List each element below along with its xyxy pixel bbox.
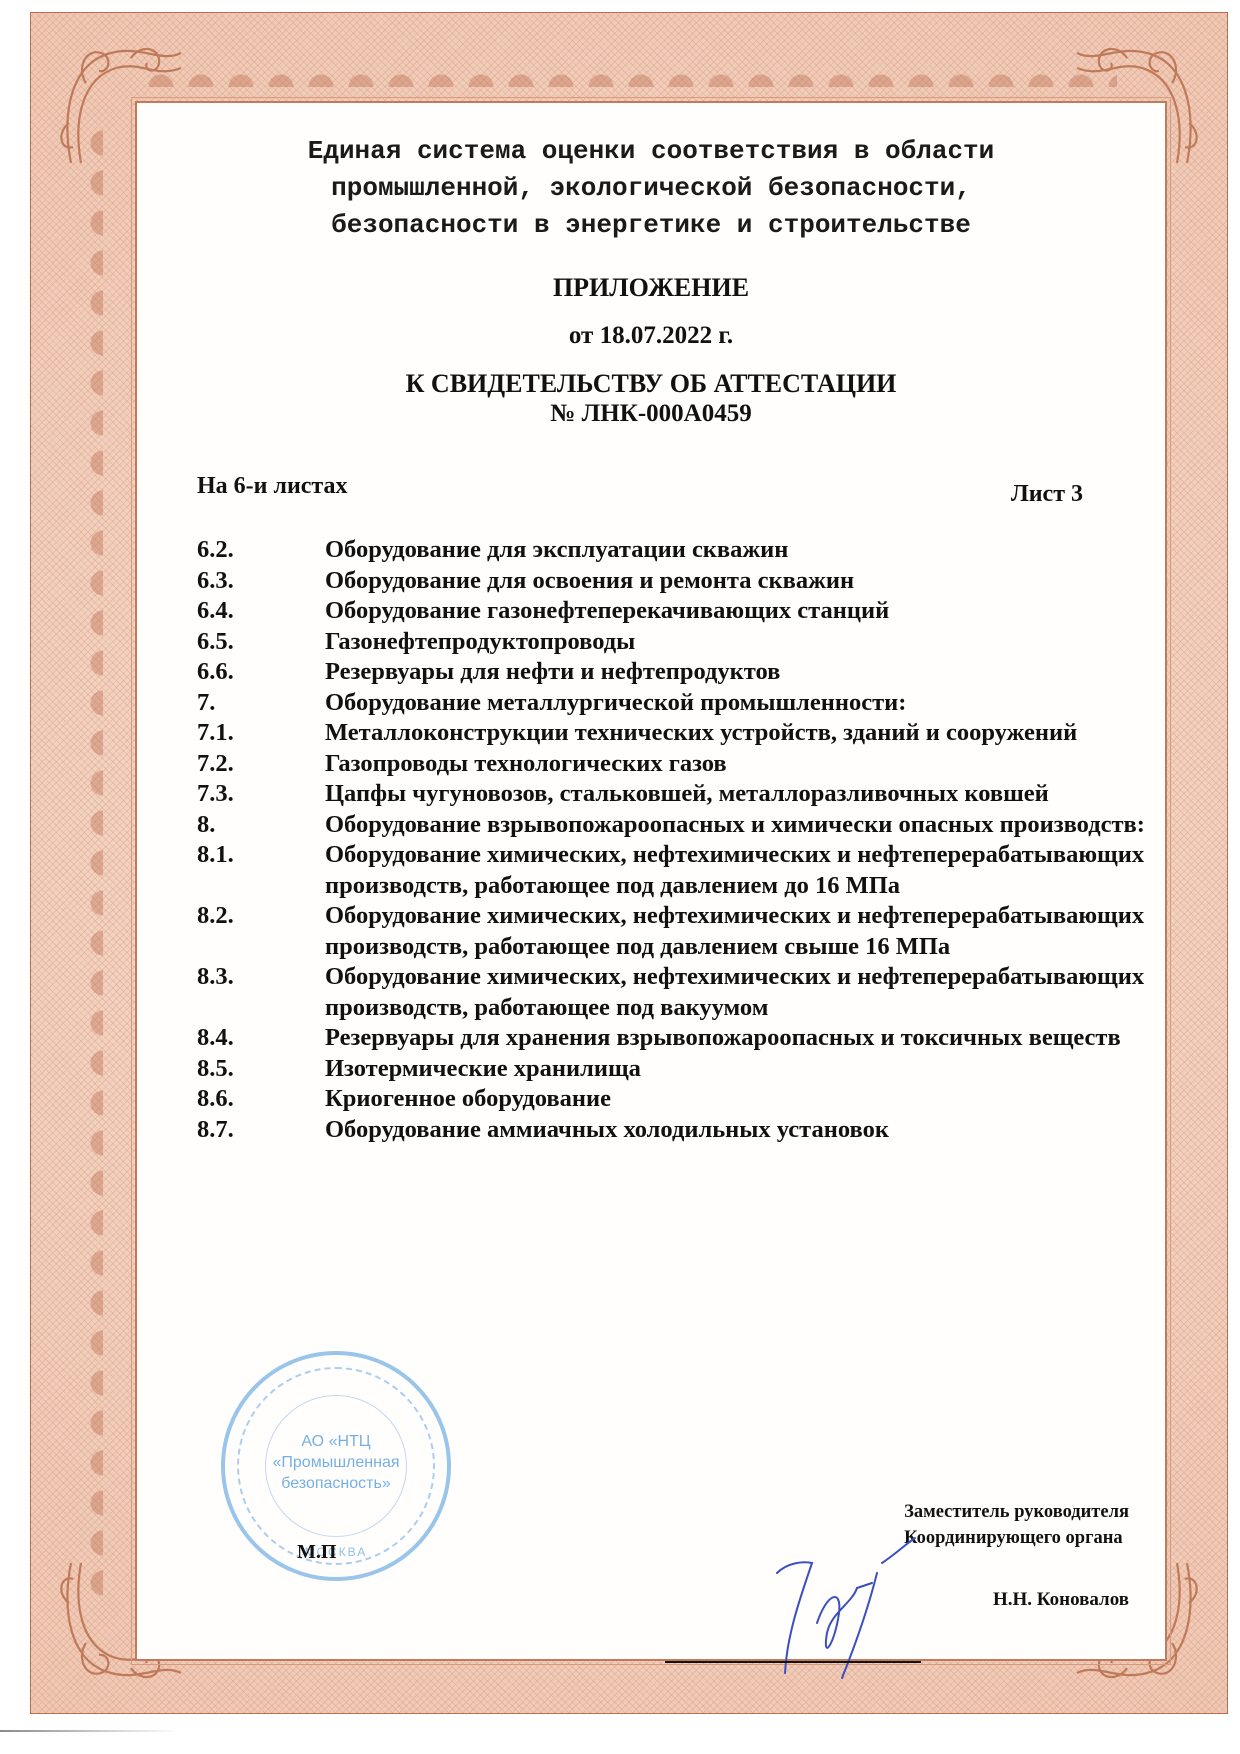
item-text: Изотермические хранилища <box>325 1054 1147 1085</box>
list-item: 6.5.Газонефтепродуктопроводы <box>197 627 1147 658</box>
scan-edge <box>0 1730 180 1732</box>
list-item: 7.2.Газопроводы технологических газов <box>197 749 1147 780</box>
stamp-line: АО «НТЦ <box>225 1431 447 1452</box>
border-ornament-top <box>141 61 1117 87</box>
item-number: 6.4. <box>197 596 325 627</box>
signer-name: Н.Н. Коновалов <box>993 1589 1129 1611</box>
certificate-title: К СВИДЕТЕЛЬСТВУ ОБ АТТЕСТАЦИИ <box>137 369 1165 399</box>
list-item: 6.2.Оборудование для эксплуатации скважи… <box>197 535 1147 566</box>
document-date: от 18.07.2022 г. <box>137 321 1165 351</box>
list-item: 8.Оборудование взрывопожароопасных и хим… <box>197 810 1147 841</box>
item-text: Газонефтепродуктопроводы <box>325 627 1147 658</box>
sheets-total: На 6-и листах <box>197 473 348 500</box>
item-text: Резервуары для хранения взрывопожароопас… <box>325 1023 1147 1054</box>
list-item: 6.4.Оборудование газонефтеперекачивающих… <box>197 596 1147 627</box>
item-number: 8.5. <box>197 1054 325 1085</box>
item-text: Оборудование аммиачных холодильных устан… <box>325 1115 1147 1146</box>
item-text: Газопроводы технологических газов <box>325 749 1147 780</box>
list-item: 7.Оборудование металлургической промышле… <box>197 688 1147 719</box>
signer-title-line: Заместитель руководителя <box>904 1499 1129 1525</box>
organization-header-line: Единая система оценки соответствия в обл… <box>137 133 1165 170</box>
item-number: 6.6. <box>197 657 325 688</box>
item-text: Оборудование взрывопожароопасных и химич… <box>325 810 1147 841</box>
item-text: Цапфы чугуновозов, стальковшей, металлор… <box>325 779 1147 810</box>
sheet-number: Лист 3 <box>1011 481 1083 508</box>
item-number: 8. <box>197 810 325 841</box>
item-number: 6.3. <box>197 566 325 597</box>
item-text: Оборудование химических, нефтехимических… <box>325 901 1147 962</box>
item-text: Оборудование газонефтеперекачивающих ста… <box>325 596 1147 627</box>
item-text: Криогенное оборудование <box>325 1084 1147 1115</box>
organization-header: Единая система оценки соответствия в обл… <box>137 133 1165 244</box>
document-body: Единая система оценки соответствия в обл… <box>135 101 1167 1661</box>
list-item: 8.5.Изотермические хранилища <box>197 1054 1147 1085</box>
item-number: 7.3. <box>197 779 325 810</box>
stamp-center-text: АО «НТЦ «Промышленная безопасность» <box>225 1431 447 1494</box>
item-number: 6.5. <box>197 627 325 658</box>
item-number: 8.6. <box>197 1084 325 1115</box>
item-number: 8.1. <box>197 840 325 901</box>
item-number: 8.4. <box>197 1023 325 1054</box>
list-item: 8.7.Оборудование аммиачных холодильных у… <box>197 1115 1147 1146</box>
certificate-number: № ЛНК-000А0459 <box>137 399 1165 429</box>
item-number: 7. <box>197 688 325 719</box>
list-item: 8.2.Оборудование химических, нефтехимиче… <box>197 901 1147 962</box>
title-block: ПРИЛОЖЕНИЕ от 18.07.2022 г. К СВИДЕТЕЛЬС… <box>137 273 1165 429</box>
list-item: 7.3.Цапфы чугуновозов, стальковшей, мета… <box>197 779 1147 810</box>
signature-line <box>665 1661 921 1663</box>
item-number: 8.2. <box>197 901 325 962</box>
list-item: 6.6.Резервуары для нефти и нефтепродукто… <box>197 657 1147 688</box>
document-title: ПРИЛОЖЕНИЕ <box>137 273 1165 303</box>
border-ornament-left <box>77 123 103 1603</box>
item-number: 8.7. <box>197 1115 325 1146</box>
item-text: Оборудование химических, нефтехимических… <box>325 840 1147 901</box>
list-item: 8.3.Оборудование химических, нефтехимиче… <box>197 962 1147 1023</box>
list-item: 8.1.Оборудование химических, нефтехимиче… <box>197 840 1147 901</box>
list-item: 8.4.Резервуары для хранения взрывопожаро… <box>197 1023 1147 1054</box>
seal-place-label: М.П <box>297 1541 336 1564</box>
signer-title-line: Координирующего органа <box>904 1525 1129 1551</box>
item-text: Оборудование металлургической промышленн… <box>325 688 1147 719</box>
list-item: 7.1.Металлоконструкции технических устро… <box>197 718 1147 749</box>
decorative-border: Единая система оценки соответствия в обл… <box>30 12 1228 1714</box>
item-text: Оборудование химических, нефтехимических… <box>325 962 1147 1023</box>
list-item: 6.3.Оборудование для освоения и ремонта … <box>197 566 1147 597</box>
item-number: 7.1. <box>197 718 325 749</box>
item-number: 7.2. <box>197 749 325 780</box>
item-text: Оборудование для эксплуатации скважин <box>325 535 1147 566</box>
organization-header-line: промышленной, экологической безопасности… <box>137 170 1165 207</box>
item-text: Резервуары для нефти и нефтепродуктов <box>325 657 1147 688</box>
item-text: Оборудование для освоения и ремонта сква… <box>325 566 1147 597</box>
stamp-line: «Промышленная <box>225 1452 447 1473</box>
stamp-line: безопасность» <box>225 1473 447 1494</box>
item-text: Металлоконструкции технических устройств… <box>325 718 1147 749</box>
item-number: 6.2. <box>197 535 325 566</box>
signer-title: Заместитель руководителя Координирующего… <box>904 1499 1129 1551</box>
list-item: 8.6.Криогенное оборудование <box>197 1084 1147 1115</box>
organization-header-line: безопасности в энергетике и строительств… <box>137 207 1165 244</box>
equipment-list: 6.2.Оборудование для эксплуатации скважи… <box>197 535 1147 1145</box>
item-number: 8.3. <box>197 962 325 1023</box>
